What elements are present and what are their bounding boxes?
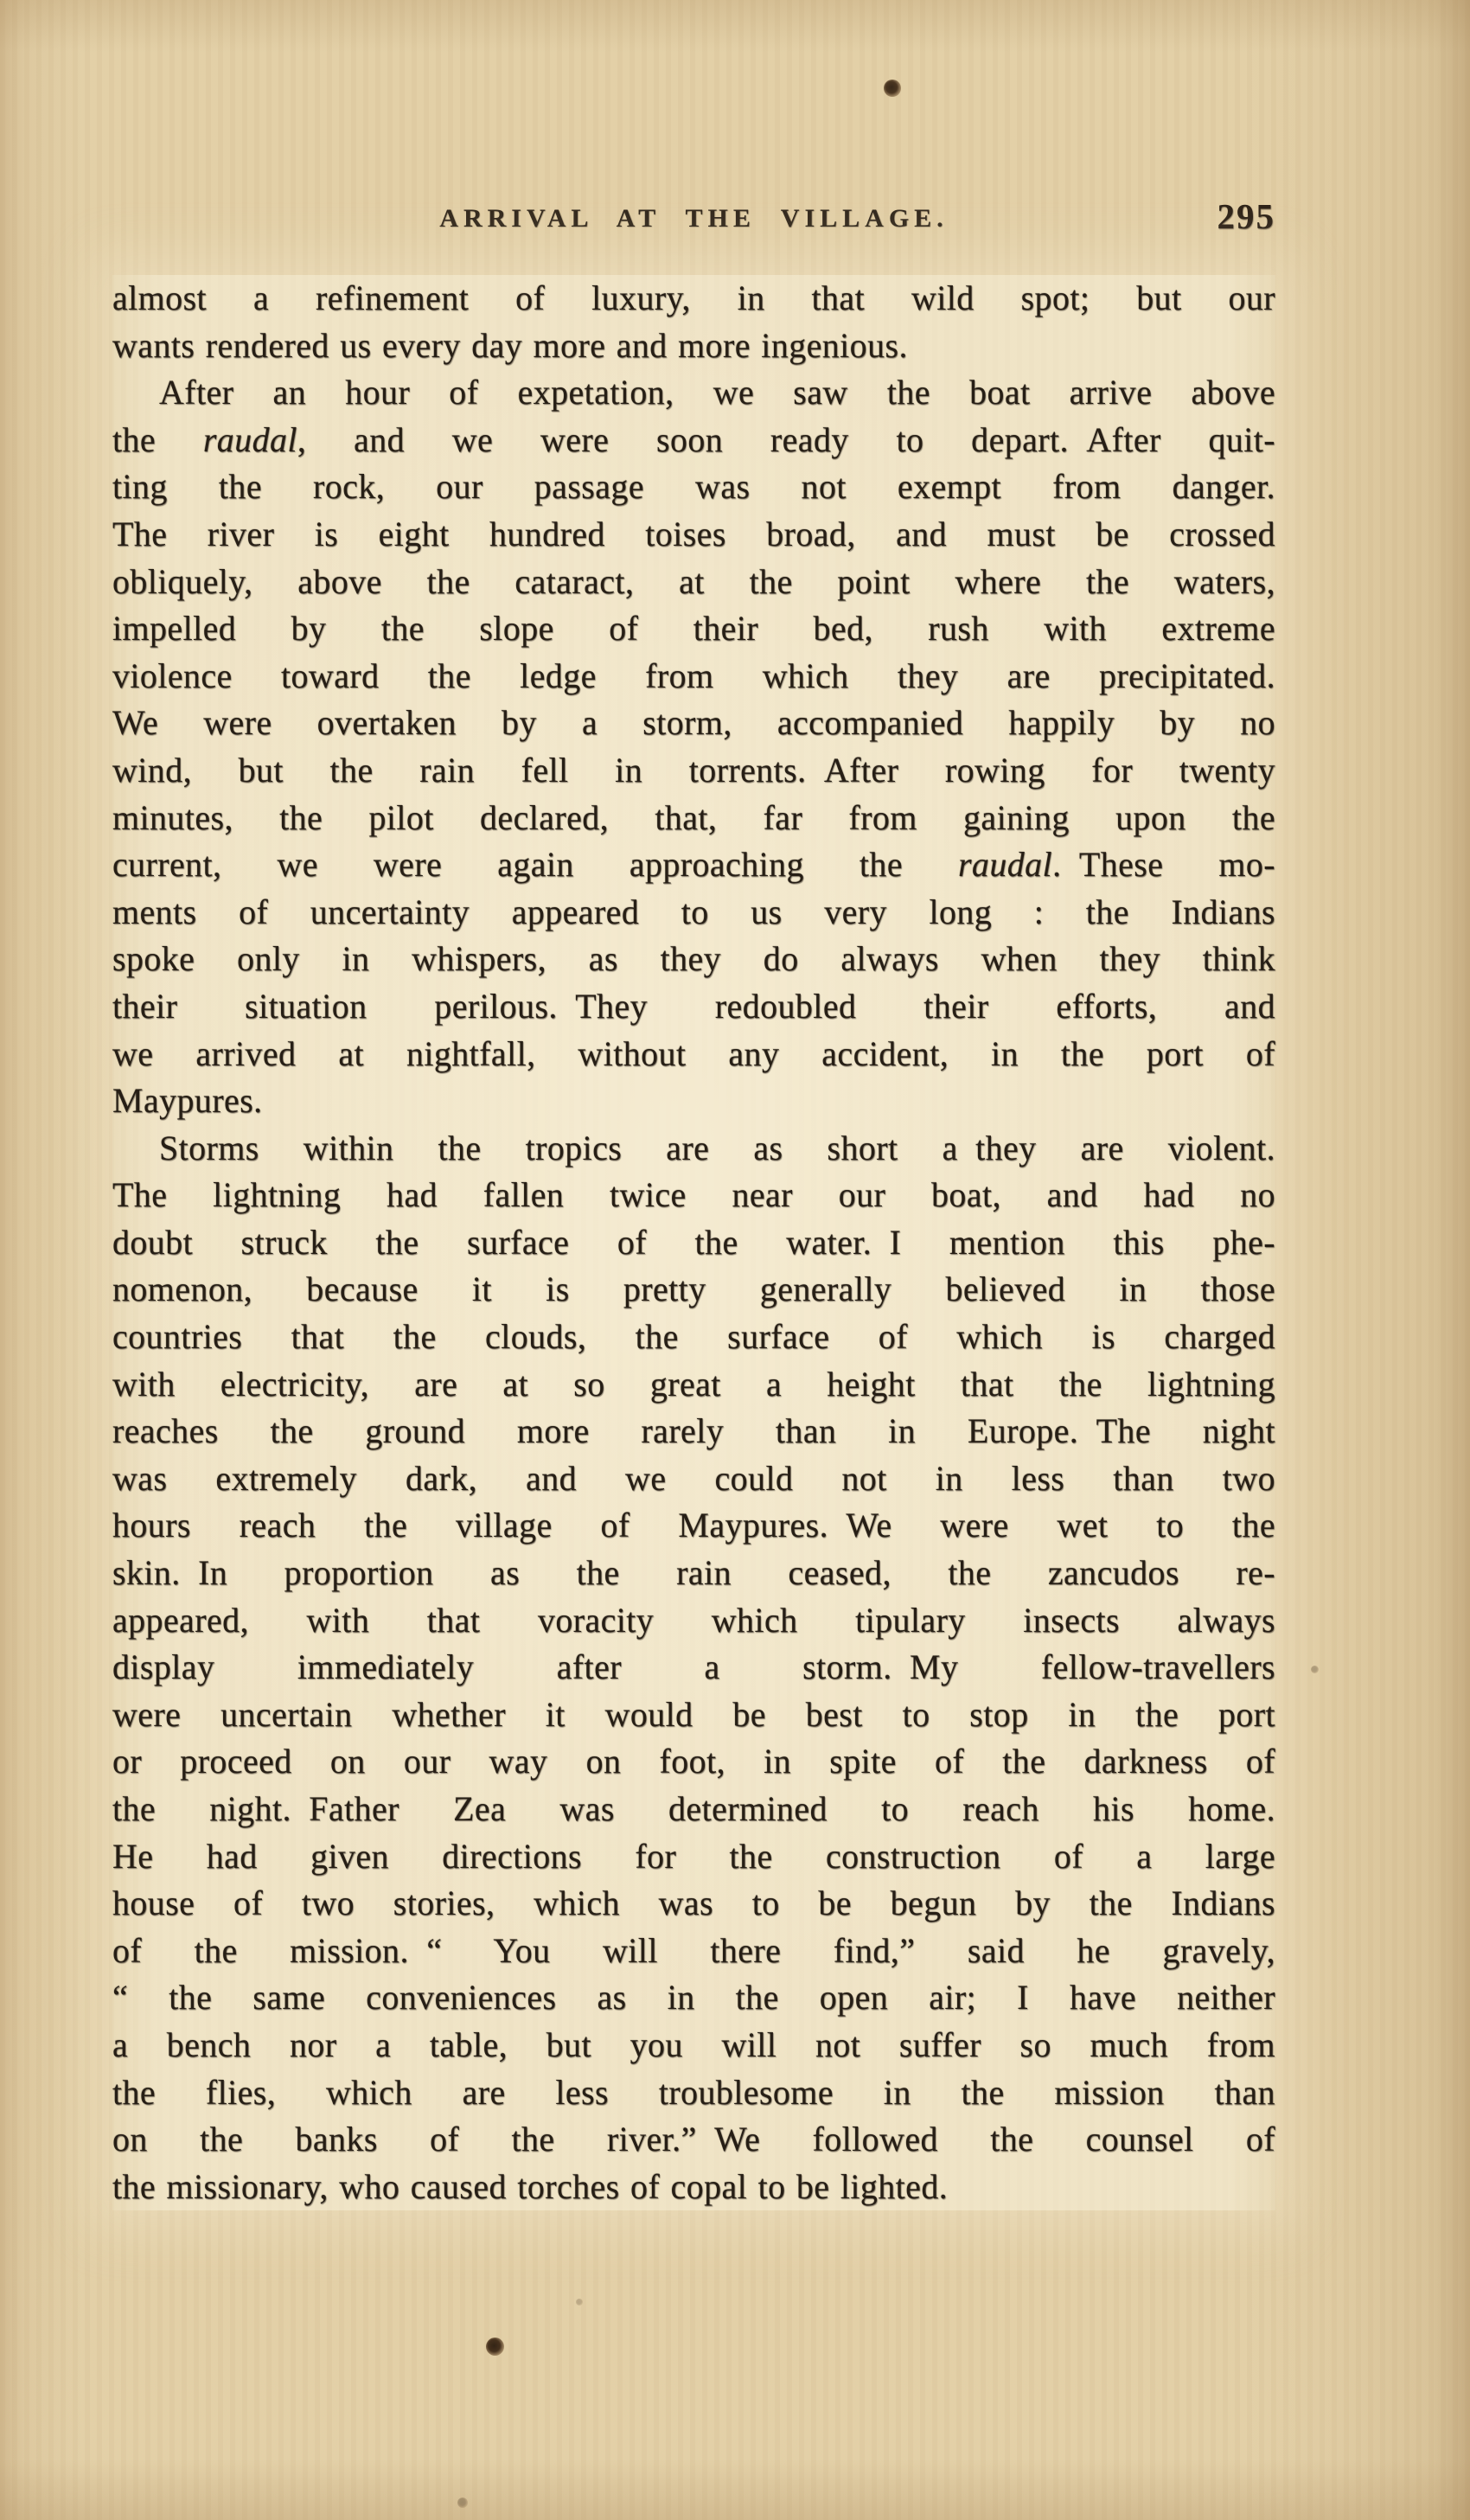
text-line: with electricity, are at so great a heig… <box>112 1361 1275 1409</box>
text-segment: their situation perilous. They redoubled… <box>112 987 1275 1026</box>
text-segment: house of two stories, which was to be be… <box>112 1884 1275 1922</box>
text-segment: was extremely dark, and we could not in … <box>112 1459 1275 1498</box>
italic-word: raudal <box>958 845 1052 884</box>
text-line: we arrived at nightfall, without any acc… <box>112 1031 1275 1078</box>
text-line: appeared, with that voracity which tipul… <box>112 1597 1275 1645</box>
text-line: ting the rock, our passage was not exemp… <box>112 464 1275 511</box>
text-line: skin. In proportion as the rain ceased, … <box>112 1550 1275 1597</box>
text-segment: or proceed on our way on foot, in spite … <box>112 1742 1275 1781</box>
text-line: almost a refinement of luxury, in that w… <box>112 275 1275 323</box>
text-segment: of the mission. “ You will there find,” … <box>112 1931 1275 1970</box>
text-segment: spoke only in whispers, as they do alway… <box>112 939 1275 978</box>
text-line: the missionary, who caused torches of co… <box>112 2164 1275 2211</box>
text-line: a bench nor a table, but you will not su… <box>112 2022 1275 2069</box>
text-segment: a bench nor a table, but you will not su… <box>112 2025 1275 2064</box>
page-title: ARRIVAL AT THE VILLAGE. <box>112 204 1275 233</box>
text-line: spoke only in whispers, as they do alway… <box>112 936 1275 983</box>
text-line: was extremely dark, and we could not in … <box>112 1455 1275 1503</box>
text-line: obliquely, above the cataract, at the po… <box>112 559 1275 606</box>
text-line: Storms within the tropics are as short a… <box>112 1125 1275 1173</box>
text-line: “ the same conveniences as in the open a… <box>112 1974 1275 2022</box>
text-line: impelled by the slope of their bed, rush… <box>112 605 1275 653</box>
text-line: wants rendered us every day more and mor… <box>112 323 1275 370</box>
text-segment: doubt struck the surface of the water. I… <box>112 1223 1275 1262</box>
text-segment: wants rendered us every day more and mor… <box>112 326 908 365</box>
italic-word: raudal <box>203 420 297 459</box>
text-line: display immediately after a storm. My fe… <box>112 1644 1275 1692</box>
text-line: of the mission. “ You will there find,” … <box>112 1928 1275 1975</box>
text-segment: ments of uncertainty appeared to us very… <box>112 892 1275 931</box>
text-line: were uncertain whether it would be best … <box>112 1692 1275 1739</box>
text-line: Maypures. <box>112 1078 1275 1125</box>
text-segment: . These mo- <box>1052 845 1275 884</box>
scanned-book-page: ARRIVAL AT THE VILLAGE. 295 almost a ref… <box>0 0 1470 2520</box>
text-segment: appeared, with that voracity which tipul… <box>112 1601 1275 1640</box>
text-segment: After an hour of expetation, we saw the … <box>159 373 1275 412</box>
ink-spot <box>457 2498 468 2508</box>
text-line: hours reach the village of Maypures. We … <box>112 1502 1275 1550</box>
ink-spot <box>486 2338 504 2356</box>
text-segment: the missionary, who caused torches of co… <box>112 2167 948 2206</box>
text-segment: We were overtaken by a storm, accompanie… <box>112 703 1275 742</box>
text-segment: Maypures. <box>112 1081 263 1120</box>
text-segment: the night. Father Zea was determined to … <box>112 1789 1275 1828</box>
text-segment: Storms within the tropics are as short a… <box>159 1129 1275 1167</box>
text-segment: skin. In proportion as the rain ceased, … <box>112 1553 1275 1592</box>
text-segment: , and we were soon ready to depart. Afte… <box>297 420 1275 459</box>
text-line: the night. Father Zea was determined to … <box>112 1786 1275 1833</box>
text-line: the raudal, and we were soon ready to de… <box>112 417 1275 464</box>
text-segment: reaches the ground more rarely than in E… <box>112 1411 1275 1450</box>
text-segment: ting the rock, our passage was not exemp… <box>112 467 1275 506</box>
text-segment: “ the same conveniences as in the open a… <box>112 1978 1275 2017</box>
text-segment: hours reach the village of Maypures. We … <box>112 1506 1275 1545</box>
text-segment: He had given directions for the construc… <box>112 1837 1275 1876</box>
page-number: 295 <box>1196 195 1275 237</box>
text-segment: were uncertain whether it would be best … <box>112 1695 1275 1734</box>
text-line: After an hour of expetation, we saw the … <box>112 369 1275 417</box>
text-segment: obliquely, above the cataract, at the po… <box>112 562 1275 601</box>
text-line: their situation perilous. They redoubled… <box>112 983 1275 1031</box>
text-line: the flies, which are less troublesome in… <box>112 2069 1275 2117</box>
text-segment: violence toward the ledge from which the… <box>112 656 1275 695</box>
ink-spot <box>576 2299 583 2306</box>
body-text: almost a refinement of luxury, in that w… <box>112 275 1275 2210</box>
text-segment: The lightning had fallen twice near our … <box>112 1175 1275 1214</box>
text-segment: nomenon, because it is pretty generally … <box>112 1270 1275 1308</box>
ink-spot <box>1311 1666 1319 1673</box>
text-segment: on the banks of the river.” We followed … <box>112 2120 1275 2159</box>
text-line: ments of uncertainty appeared to us very… <box>112 889 1275 937</box>
text-line: countries that the clouds, the surface o… <box>112 1314 1275 1361</box>
text-segment: wind, but the rain fell in torrents. Aft… <box>112 751 1275 790</box>
text-segment: countries that the clouds, the surface o… <box>112 1317 1275 1356</box>
text-line: or proceed on our way on foot, in spite … <box>112 1738 1275 1786</box>
text-segment: with electricity, are at so great a heig… <box>112 1365 1275 1404</box>
text-segment: minutes, the pilot declared, that, far f… <box>112 798 1275 837</box>
text-line: We were overtaken by a storm, accompanie… <box>112 700 1275 747</box>
running-header: ARRIVAL AT THE VILLAGE. 295 <box>112 197 1275 247</box>
text-line: He had given directions for the construc… <box>112 1833 1275 1881</box>
text-segment: display immediately after a storm. My fe… <box>112 1647 1275 1686</box>
text-segment: The river is eight hundred toises broad,… <box>112 515 1275 553</box>
text-line: The lightning had fallen twice near our … <box>112 1172 1275 1219</box>
text-segment: current, we were again approaching the <box>112 845 958 884</box>
text-line: minutes, the pilot declared, that, far f… <box>112 795 1275 842</box>
text-line: current, we were again approaching the r… <box>112 841 1275 889</box>
text-segment: the <box>112 420 203 459</box>
text-line: doubt struck the surface of the water. I… <box>112 1219 1275 1267</box>
text-line: wind, but the rain fell in torrents. Aft… <box>112 747 1275 795</box>
text-line: nomenon, because it is pretty generally … <box>112 1266 1275 1314</box>
text-line: The river is eight hundred toises broad,… <box>112 511 1275 559</box>
text-segment: almost a refinement of luxury, in that w… <box>112 278 1275 317</box>
ink-spot <box>884 80 901 97</box>
text-segment: impelled by the slope of their bed, rush… <box>112 609 1275 648</box>
text-segment: we arrived at nightfall, without any acc… <box>112 1034 1275 1073</box>
text-segment: the flies, which are less troublesome in… <box>112 2073 1275 2112</box>
text-line: violence toward the ledge from which the… <box>112 653 1275 700</box>
text-line: on the banks of the river.” We followed … <box>112 2116 1275 2164</box>
text-line: reaches the ground more rarely than in E… <box>112 1408 1275 1455</box>
text-line: house of two stories, which was to be be… <box>112 1880 1275 1928</box>
